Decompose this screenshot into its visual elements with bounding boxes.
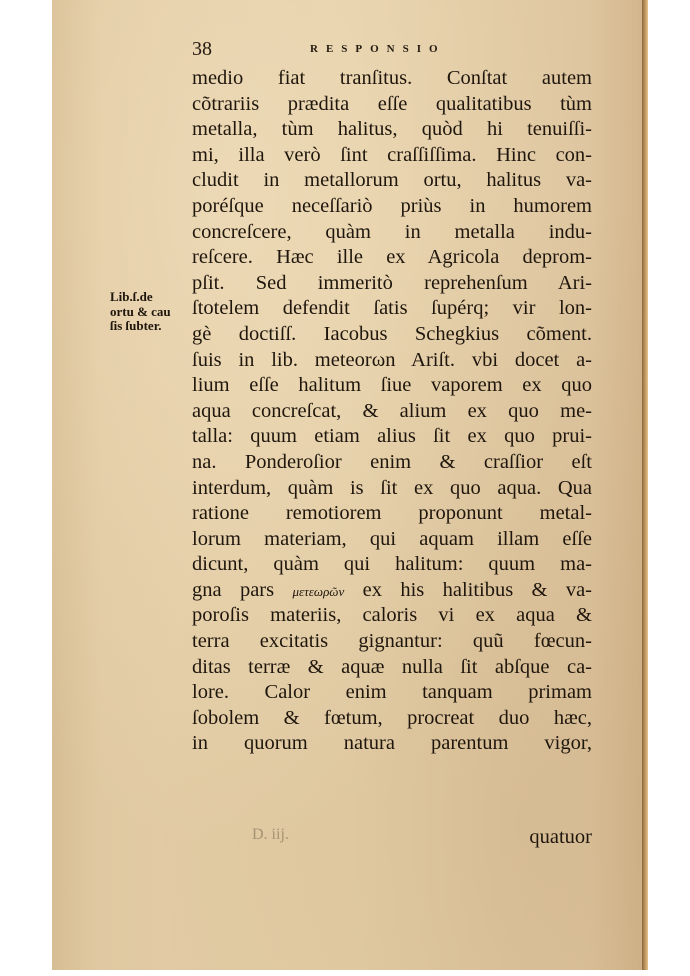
text-line: poroſis materiis, caloris vi ex aqua & <box>192 603 592 629</box>
text-line: terra excitatis gignantur: quũ fœcun- <box>192 629 592 655</box>
text-line: poréſque neceſſariò priùs in humorem <box>192 194 592 220</box>
greek-word: μετεωρῶν <box>292 584 344 599</box>
text-line: na. Ponderoſior enim & craſſior eſt <box>192 450 592 476</box>
page-number: 38 <box>192 38 212 61</box>
text-line: ſtotelem defendit ſatis ſupérq; vir lon- <box>192 296 592 322</box>
text-line: cõtrariis prædita eſſe qualitatibus tùm <box>192 92 592 118</box>
margin-note-line: ortu & cau <box>110 305 192 320</box>
text-line: lorum materiam, qui aquam illam eſſe <box>192 527 592 553</box>
text-line: reſcere. Hæc ille ex Agricola deprom- <box>192 245 592 271</box>
text-line: ſobolem & fœtum, procreat duo hæc, <box>192 706 592 732</box>
text-line: medio fiat tranſitus. Conſtat autem <box>192 66 592 92</box>
page-header: 38 RESPONSIO <box>192 38 592 62</box>
text-line: concreſcere, quàm in metalla indu- <box>192 220 592 246</box>
book-page: 38 RESPONSIO Lib.ſ.de ortu & cau ſis ſub… <box>52 0 648 970</box>
margin-note-line: ſis ſubter. <box>110 319 192 334</box>
text-line: cludit in metallorum ortu, halitus va- <box>192 168 592 194</box>
text-line: mi, illa verò ſint craſſiſſima. Hinc con… <box>192 143 592 169</box>
text-fragment: gna pars <box>192 579 274 601</box>
page-footer: D. iij. quatuor <box>192 826 592 852</box>
text-line-with-greek: gna pars μετεωρῶν ex his halitibus & va- <box>192 578 592 604</box>
page-edge <box>642 0 648 970</box>
signature-mark: D. iij. <box>252 826 289 844</box>
text-line: talla: quum etiam alius ſit ex quo prui- <box>192 424 592 450</box>
body-text: medio fiat tranſitus. Conſtat autem cõtr… <box>192 66 592 757</box>
text-line: pſit. Sed immeritò reprehenſum Ari- <box>192 271 592 297</box>
text-line: gè doctiſſ. Iacobus Schegkius cõment. <box>192 322 592 348</box>
text-line: ditas terræ & aquæ nulla ſit abſque ca- <box>192 655 592 681</box>
text-line: ſuis in lib. meteorωn Ariſt. vbi docet a… <box>192 348 592 374</box>
text-line: metalla, tùm halitus, quòd hi tenuiſſi- <box>192 117 592 143</box>
text-fragment: ex his halitibus & va- <box>363 579 592 601</box>
text-line: dicunt, quàm qui halitum: quum ma- <box>192 552 592 578</box>
margin-note-line: Lib.ſ.de <box>110 290 192 305</box>
running-head: RESPONSIO <box>310 43 446 55</box>
catchword: quatuor <box>529 826 592 849</box>
text-line: interdum, quàm is ſit ex quo aqua. Qua <box>192 476 592 502</box>
margin-note: Lib.ſ.de ortu & cau ſis ſubter. <box>110 290 192 334</box>
text-line: lore. Calor enim tanquam primam <box>192 680 592 706</box>
text-line: in quorum natura parentum vigor, <box>192 731 592 757</box>
text-line: ratione remotiorem proponunt metal- <box>192 501 592 527</box>
text-line: lium eſſe halitum ſiue vaporem ex quo <box>192 373 592 399</box>
text-line: aqua concreſcat, & alium ex quo me- <box>192 399 592 425</box>
